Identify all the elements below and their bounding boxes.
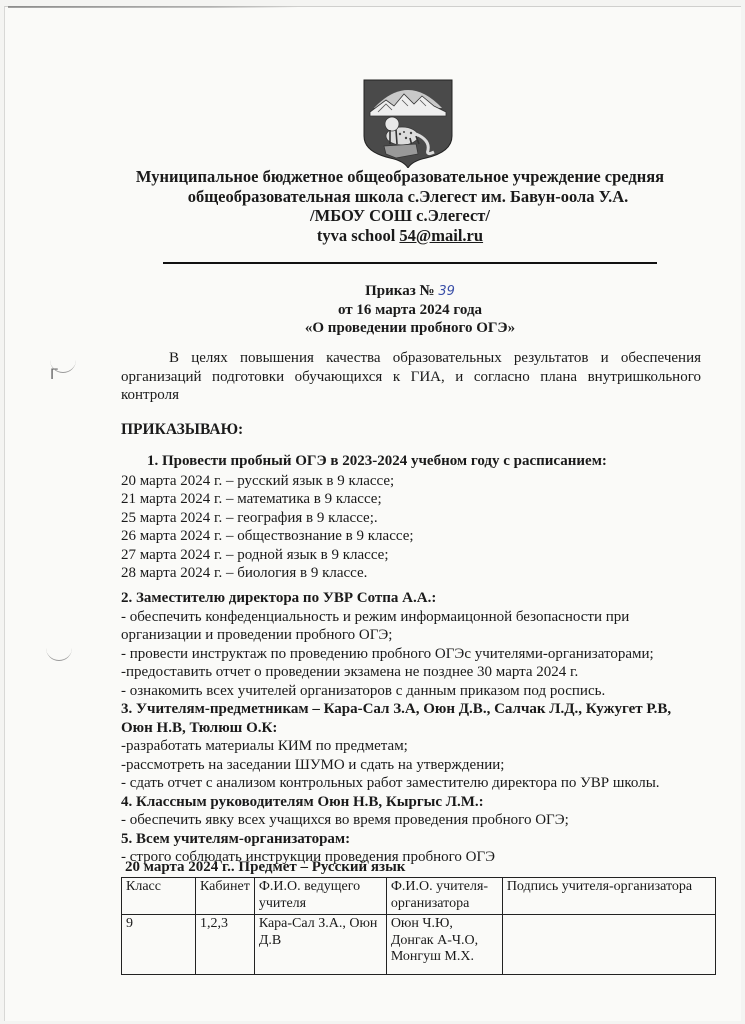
section-4-heading: 4. Классным руководителям Оюн Н.В, Кыргы… xyxy=(121,793,701,812)
order-date: от 16 марта 2024 года xyxy=(260,301,560,319)
column-header: Подпись учителя-организатора xyxy=(502,878,715,915)
prikazyvayu-heading: ПРИКАЗЫВАЮ: xyxy=(121,421,701,440)
cell-class: 9 xyxy=(122,915,196,975)
section-1-heading: 1. Провести пробный ОГЭ в 2023-2024 учеб… xyxy=(121,452,701,471)
section-3-item: - сдать отчет с анализом контрольных раб… xyxy=(121,774,701,793)
column-header: Ф.И.О. ведущего учителя xyxy=(254,878,386,915)
section-2-item: организации и проведении пробного ОГЭ; xyxy=(121,626,701,645)
intro-text: В целях повышения качества образовательн… xyxy=(121,349,701,405)
email-prefix: tyva school xyxy=(317,226,400,245)
cell-signature xyxy=(502,915,715,975)
table-row: 9 1,2,3 Кара-Сал З.А., Оюн Д.В Оюн Ч.Ю, … xyxy=(122,915,716,975)
order-number: 39 xyxy=(438,284,455,299)
cell-room: 1,2,3 xyxy=(196,915,255,975)
schedule-item: 27 марта 2024 г. – родной язык в 9 класс… xyxy=(121,546,701,565)
section-2-item: - провести инструктаж по проведению проб… xyxy=(121,645,701,664)
order-subject: «О проведении пробного ОГЭ» xyxy=(260,319,560,337)
school-abbreviation: /МБОУ СОШ с.Элегест/ xyxy=(100,206,700,226)
sections-2-5: 2. Заместителю директора по УВР Сотпа А.… xyxy=(121,589,701,867)
email-link[interactable]: 54@mail.ru xyxy=(399,226,483,245)
order-title: Приказ № xyxy=(365,283,438,299)
column-header: Ф.И.О. учителя-организатора xyxy=(386,878,502,915)
section-1: 1. Провести пробный ОГЭ в 2023-2024 учеб… xyxy=(121,452,701,583)
table-header-row: Класс Кабинет Ф.И.О. ведущего учителя Ф.… xyxy=(122,878,716,915)
exam-schedule-table: Класс Кабинет Ф.И.О. ведущего учителя Ф.… xyxy=(121,877,716,975)
order-title-block: Приказ № 39 от 16 марта 2024 года «О про… xyxy=(260,282,560,337)
section-3-item: -разработать материалы КИМ по предметам; xyxy=(121,737,701,756)
cell-lead-teacher: Кара-Сал З.А., Оюн Д.В xyxy=(254,915,386,975)
column-header: Кабинет xyxy=(196,878,255,915)
school-header: Муниципальное бюджетное общеобразователь… xyxy=(100,167,700,245)
section-2-item: - обеспечить конфеденциальность и режим … xyxy=(121,608,701,627)
schedule-item: 25 марта 2024 г. – география в 9 классе;… xyxy=(121,509,701,528)
table-caption: 20 марта 2024 г.. Предмет – Русский язык xyxy=(125,859,405,876)
scan-edge xyxy=(8,6,298,8)
section-2-item: - ознакомить всех учителей организаторов… xyxy=(121,682,701,701)
column-header: Класс xyxy=(122,878,196,915)
school-email: tyva school 54@mail.ru xyxy=(100,226,700,246)
section-2-heading: 2. Заместителю директора по УВР Сотпа А.… xyxy=(121,589,701,608)
section-3-heading: 3. Учителям-предметникам – Кара-Сал З.А,… xyxy=(121,700,701,719)
section-2-item: -предоставить отчет о проведении экзамен… xyxy=(121,663,701,682)
cell-organizer-teacher: Оюн Ч.Ю, Донгак А-Ч.О, Монгуш М.Х. xyxy=(386,915,502,975)
coat-of-arms-icon xyxy=(356,78,460,168)
section-3-item: -рассмотреть на заседании ШУМО и сдать н… xyxy=(121,756,701,775)
schedule-item: 21 марта 2024 г. – математика в 9 классе… xyxy=(121,490,701,509)
school-name-line1: Муниципальное бюджетное общеобразователь… xyxy=(100,167,700,187)
schedule-item: 20 марта 2024 г. – русский язык в 9 клас… xyxy=(121,472,701,491)
intro-paragraph: В целях повышения качества образовательн… xyxy=(121,349,701,405)
order-number-line: Приказ № 39 xyxy=(260,282,560,301)
section-5-heading: 5. Всем учителям-организаторам: xyxy=(121,830,701,849)
header-divider xyxy=(163,262,657,264)
school-name-line2: общеобразовательная школа с.Элегест им. … xyxy=(100,187,700,207)
section-4-item: - обеспечить явку всех учащихся во время… xyxy=(121,811,701,830)
schedule-item: 26 марта 2024 г. – обществознание в 9 кл… xyxy=(121,527,701,546)
schedule-item: 28 марта 2024 г. – биология в 9 классе. xyxy=(121,564,701,583)
section-3-heading-cont: Оюн Н.В, Тюлюш О.К: xyxy=(121,719,701,738)
